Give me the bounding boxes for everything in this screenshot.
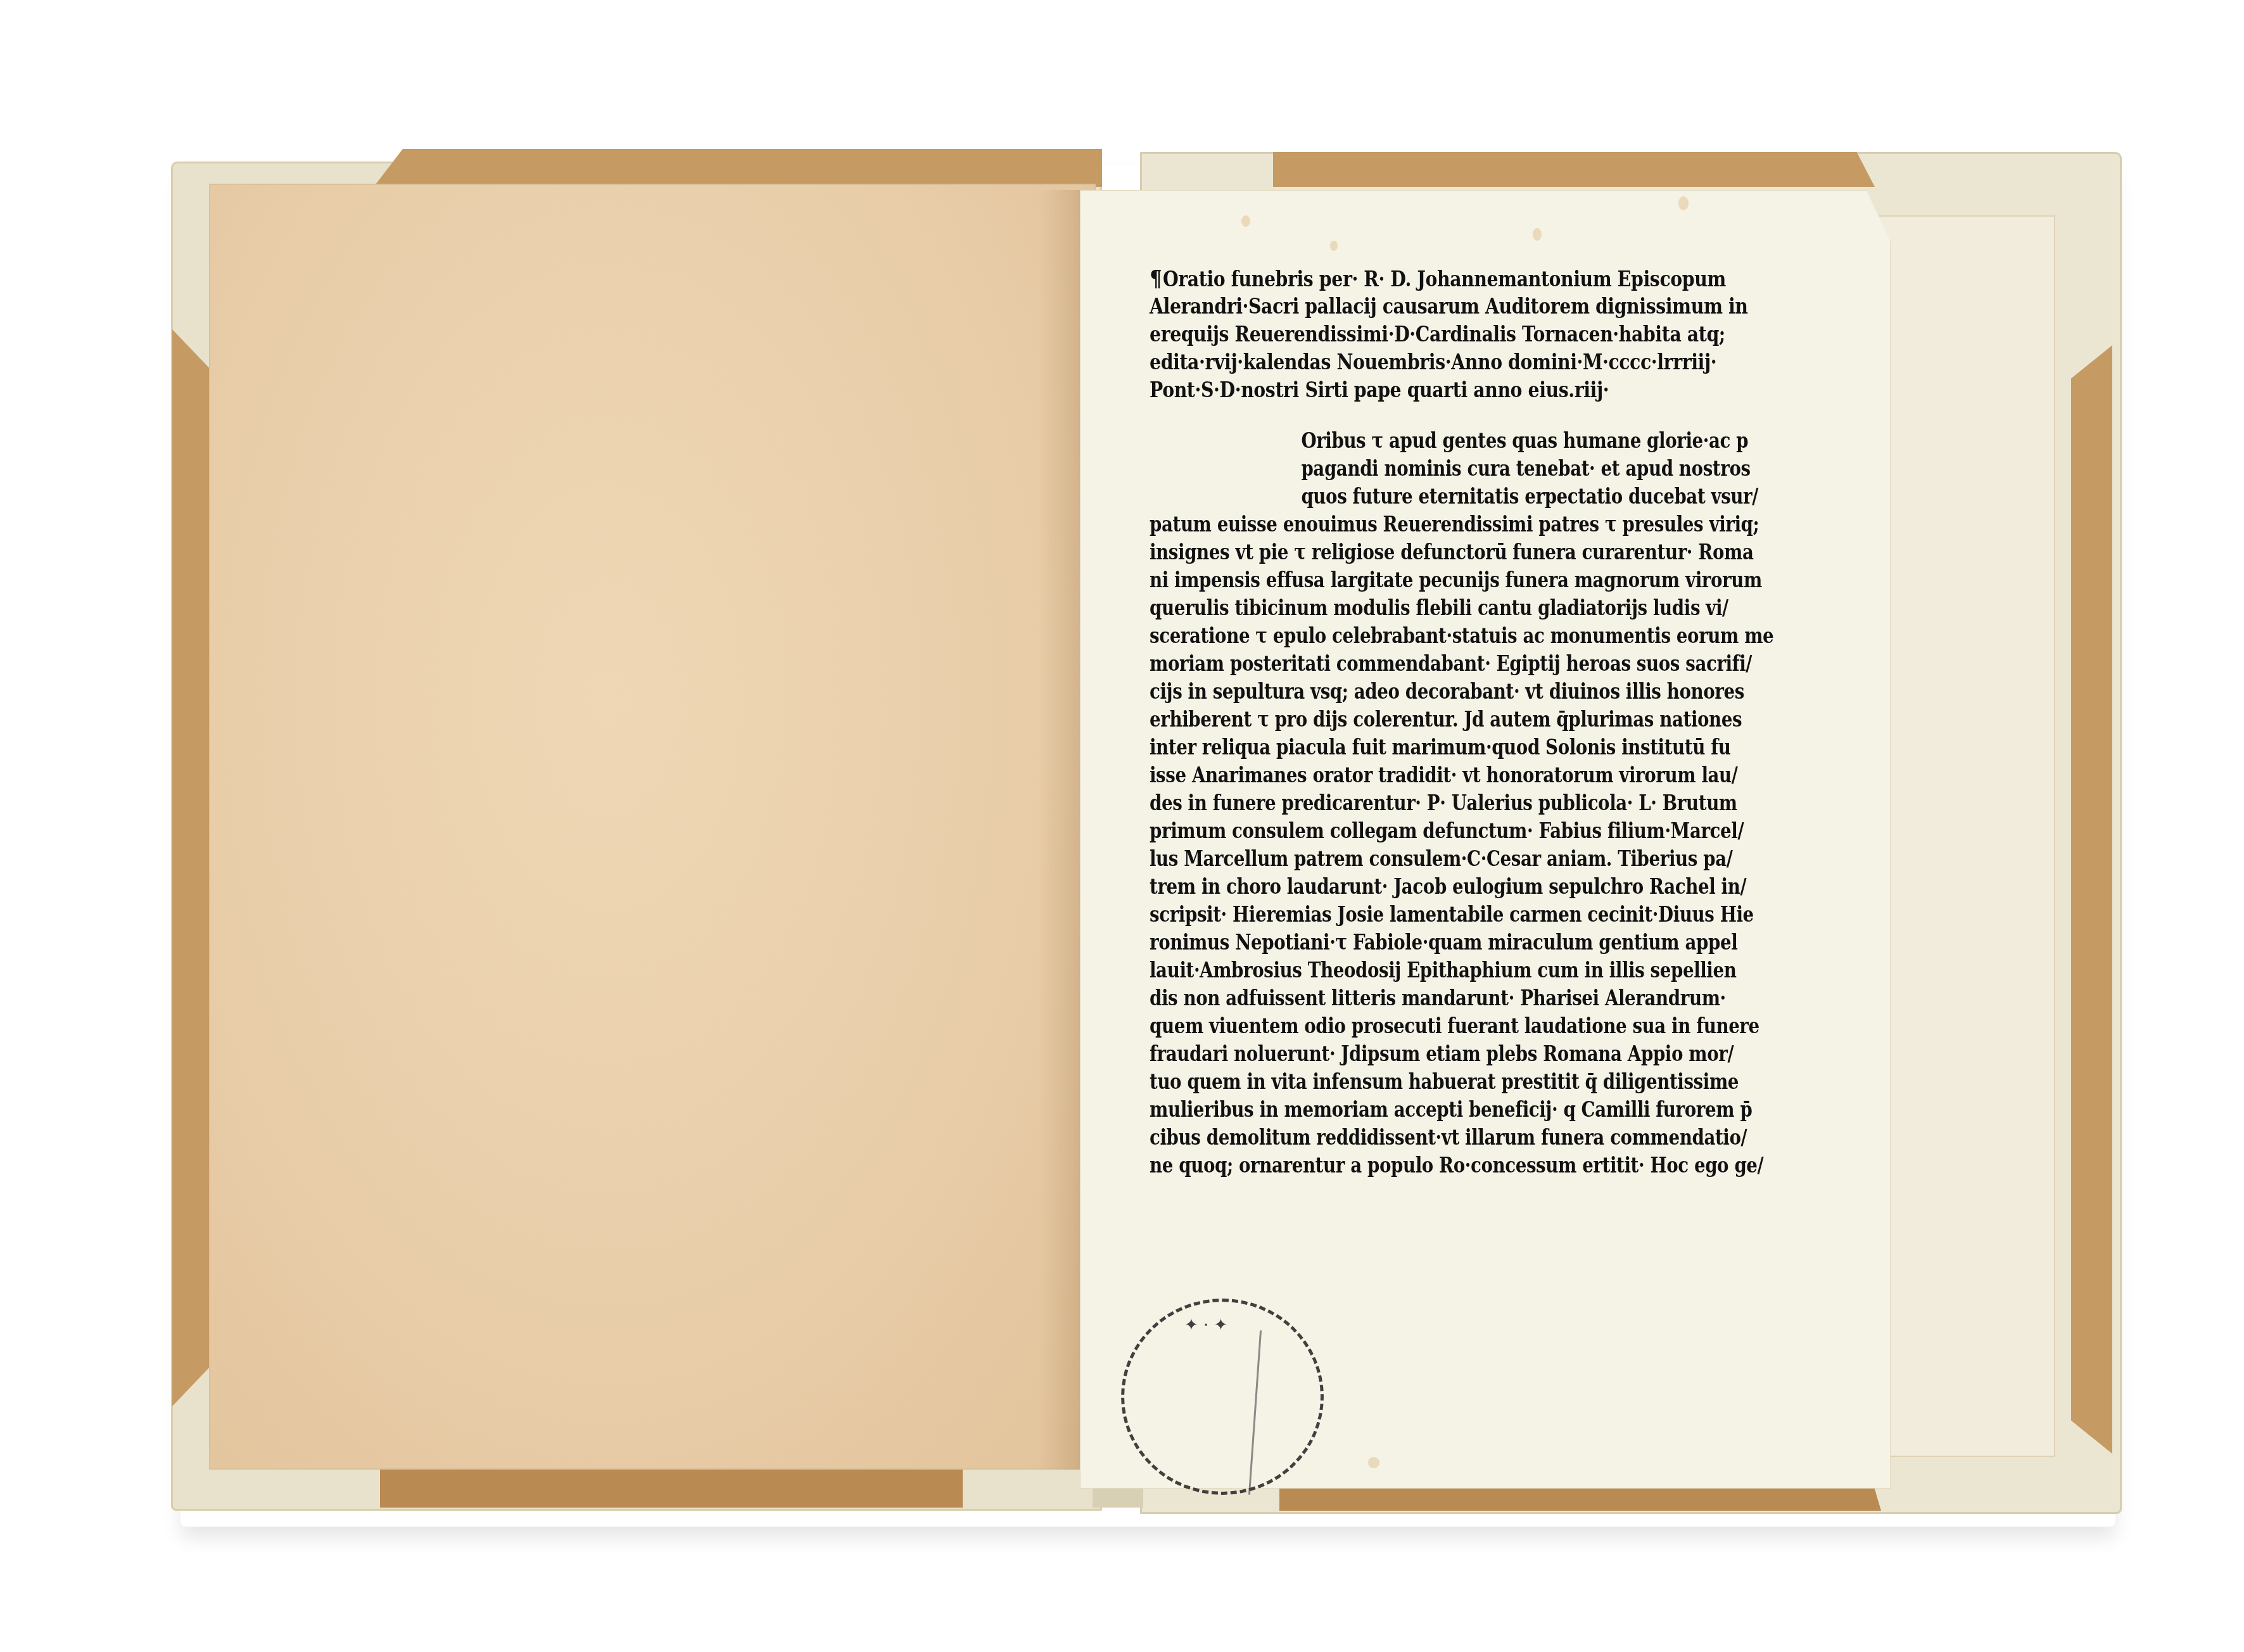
body-line: quem viuentem odio prosecuti fuerant lau… (1150, 1012, 1799, 1040)
turn-in-strip-bottom-left (380, 1470, 963, 1508)
body-line: cijs in sepultura vsq; adeo decorabant· … (1150, 678, 1799, 706)
stamp-marks: ✦ · ✦ (1184, 1316, 1227, 1335)
heading-line-2: Alerandri·Sacri pallacij causarum Audito… (1150, 293, 1814, 321)
foxing-spot (1533, 228, 1542, 241)
turn-in-strip-right-edge (2071, 345, 2112, 1454)
body-line: tuo quem in vita infensum habuerat prest… (1150, 1068, 1799, 1096)
turn-in-strip-left-edge (172, 329, 213, 1406)
body-line: ne quoq; ornarentur a populo Ro·concessu… (1150, 1152, 1799, 1179)
heading-line-1: ¶Oratio funebris per· R· D. Johannemanto… (1150, 265, 1814, 293)
foxing-spot (1241, 215, 1250, 227)
heading-block: ¶Oratio funebris per· R· D. Johannemanto… (1150, 265, 1922, 404)
library-stamp: ✦ · ✦ (1121, 1299, 1324, 1495)
body-line: primum consulem collegam defunctum· Fabi… (1150, 817, 1799, 845)
body-line: insignes vt pie τ religiose defunctorū f… (1150, 538, 1799, 566)
body-line: isse Anarimanes orator tradidit· vt hono… (1150, 761, 1799, 789)
body-line: trem in choro laudarunt· Jacob eulogium … (1150, 873, 1799, 901)
body-line: dis non adfuissent litteris mandarunt· P… (1150, 984, 1799, 1012)
left-pastedown (209, 184, 1096, 1470)
body-line: sceratione τ epulo celebrabant·statuis a… (1150, 622, 1799, 650)
pilcrow-icon: ¶ (1150, 265, 1162, 292)
body-line: Oribus τ apud gentes quas humane glorie·… (1150, 427, 1799, 455)
body-line: fraudari noluerunt· Jdipsum etiam plebs … (1150, 1040, 1799, 1068)
body-line: ni impensis effusa largitate pecunijs fu… (1150, 566, 1799, 594)
foxing-spot (1678, 196, 1689, 210)
body-line: erhiberent τ pro dijs colerentur. Jd aut… (1150, 706, 1799, 734)
printed-text-block: ¶Oratio funebris per· R· D. Johannemanto… (1150, 265, 1922, 1179)
body-block: Oribus τ apud gentes quas humane glorie·… (1150, 427, 1922, 1179)
body-line: inter reliqua piacula fuit marimum·quod … (1150, 734, 1799, 761)
body-line: ronimus Nepotiani·τ Fabiole·quam miracul… (1150, 929, 1799, 956)
body-line: scripsit· Hieremias Josie lamentabile ca… (1150, 901, 1799, 929)
body-line: cibus demolitum reddidissent·vt illarum … (1150, 1124, 1799, 1152)
body-line: pagandi nominis cura tenebat· et apud no… (1150, 455, 1799, 483)
foxing-spot (1330, 241, 1338, 251)
body-line: moriam posteritati commendabant· Egiptij… (1150, 650, 1799, 678)
heading-line-3: erequijs Reuerendissimi·D·Cardinalis Tor… (1150, 321, 1814, 348)
heading-line-5: Pont·S·D·nostri Sirti pape quarti anno e… (1150, 376, 1814, 404)
body-line: mulieribus in memoriam accepti beneficij… (1150, 1096, 1799, 1124)
turn-in-strip-top-right (1273, 152, 1875, 187)
body-line: patum euisse enouimus Reuerendissimi pat… (1150, 511, 1799, 538)
heading-line-4: edita·rvij·kalendas Nouembris·Anno domin… (1150, 348, 1814, 376)
turn-in-strip-top-left (374, 149, 1102, 187)
body-line: des in funere predicarentur· P· Ualerius… (1150, 789, 1799, 817)
body-line: lauit·Ambrosius Theodosij Epithaphium cu… (1150, 956, 1799, 984)
body-line: lus Marcellum patrem consulem·C·Cesar an… (1150, 845, 1799, 873)
body-line: quos future eternitatis erpectatio duceb… (1150, 483, 1799, 511)
foxing-spot (1368, 1457, 1379, 1468)
body-line: querulis tibicinum modulis flebili cantu… (1150, 594, 1799, 622)
